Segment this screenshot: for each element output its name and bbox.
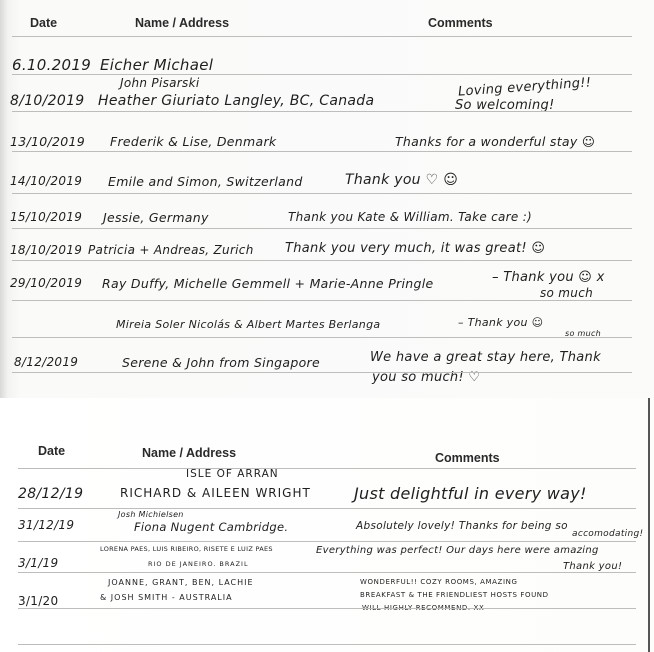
- entry-date: 3/1/20: [18, 594, 58, 608]
- guestbook-page-1: Date Name / Address Comments 6.10.2019 E…: [0, 0, 654, 398]
- entry-name: John Pisarski: [120, 76, 199, 90]
- entry-address: ISLE OF ARRAN: [186, 468, 279, 480]
- entry-comment-line2: BREAKFAST & THE FRIENDLIEST HOSTS FOUND: [360, 591, 549, 599]
- entry-date: 13/10/2019: [10, 134, 85, 149]
- entry-name: JOANNE, GRANT, BEN, LACHIE: [108, 578, 254, 587]
- entry-date: 29/10/2019: [10, 276, 82, 290]
- entry-date: 14/10/2019: [10, 174, 82, 188]
- entry-name: RICHARD & AILEEN WRIGHT: [120, 486, 311, 500]
- entry-address: Fiona Nugent Cambridge.: [134, 520, 288, 534]
- entry-comment: Thanks for a wonderful stay ☺: [395, 134, 595, 149]
- column-header-date: Date: [38, 444, 65, 458]
- entry-comment-line2: Thank you!: [563, 561, 622, 572]
- row-rule: [12, 260, 632, 261]
- entry-comment: Thank you Kate & William. Take care :): [288, 210, 532, 224]
- entry-date: 8/10/2019: [10, 93, 84, 109]
- entry-date: 28/12/19: [18, 486, 83, 502]
- entry-date: 31/12/19: [18, 518, 74, 532]
- entry-name: Mireia Soler Nicolás & Albert Martes Ber…: [116, 318, 380, 331]
- entry-comment-line2: so much: [540, 286, 593, 300]
- entry-address: Heather Giuriato Langley, BC, Canada: [98, 93, 374, 109]
- entry-comment: Absolutely lovely! Thanks for being so: [356, 520, 568, 532]
- row-rule: [12, 111, 632, 112]
- entry-date: 6.10.2019: [12, 56, 91, 74]
- entry-date: 8/12/2019: [14, 355, 78, 369]
- entry-name: Jessie, Germany: [103, 210, 209, 225]
- row-rule: [18, 608, 636, 609]
- entry-address: & JOSH SMITH - AUSTRALIA: [100, 593, 233, 602]
- entry-name: Ray Duffy, Michelle Gemmell + Marie-Anne…: [102, 276, 433, 291]
- column-header-date: Date: [30, 16, 57, 30]
- entry-comment: Just delightful in every way!: [354, 484, 587, 503]
- row-rule: [12, 300, 632, 301]
- column-header-comments: Comments: [428, 16, 493, 30]
- row-rule: [12, 372, 632, 373]
- column-header-comments: Comments: [435, 451, 500, 465]
- header-rule: [12, 36, 632, 37]
- entry-comment: Loving everything!!: [458, 75, 592, 99]
- row-rule: [12, 151, 632, 152]
- row-rule: [12, 193, 632, 194]
- column-header-name: Name / Address: [135, 16, 229, 30]
- header-rule: [18, 468, 636, 469]
- entry-address: RIO DE JANEIRO. BRAZIL: [148, 560, 249, 568]
- entry-name: Patricia + Andreas, Zurich: [88, 243, 254, 257]
- entry-date: 3/1/19: [18, 556, 58, 570]
- entry-name: Serene & John from Singapore: [122, 355, 320, 370]
- entry-name: LORENA PAES, LUIS RIBEIRO, RISETE E LUIZ…: [100, 545, 273, 553]
- row-rule: [18, 541, 636, 542]
- entry-comment: Thank you very much, it was great! ☺: [285, 241, 545, 256]
- entry-date: 18/10/2019: [10, 243, 82, 257]
- page-edge: [648, 398, 650, 652]
- entry-date: 15/10/2019: [10, 210, 82, 224]
- entry-comment: We have a great stay here, Thank: [370, 350, 601, 365]
- entry-comment: Everything was perfect! Our days here we…: [316, 545, 599, 556]
- entry-comment: – Thank you ☺ x: [492, 270, 605, 285]
- entry-name: Frederik & Lise, Denmark: [110, 134, 276, 149]
- entry-comment: WONDERFUL!! COZY ROOMS, AMAZING: [360, 578, 517, 586]
- row-rule: [12, 74, 632, 75]
- entry-comment: Thank you ♡ ☺: [345, 172, 458, 188]
- entry-name: Emile and Simon, Switzerland: [108, 174, 303, 189]
- entry-comment-line2: accomodating!: [572, 529, 643, 539]
- entry-name: Eicher Michael: [100, 56, 213, 74]
- entry-comment: – Thank you ☺: [458, 316, 543, 329]
- row-rule: [12, 228, 632, 229]
- column-header-name: Name / Address: [142, 446, 236, 460]
- row-rule: [12, 337, 632, 338]
- row-rule: [18, 644, 636, 645]
- row-rule: [18, 508, 636, 509]
- entry-name: Josh Michielsen: [118, 510, 184, 519]
- guestbook-page-2: Date Name / Address Comments 28/12/19 IS…: [0, 398, 654, 652]
- row-rule: [18, 572, 636, 573]
